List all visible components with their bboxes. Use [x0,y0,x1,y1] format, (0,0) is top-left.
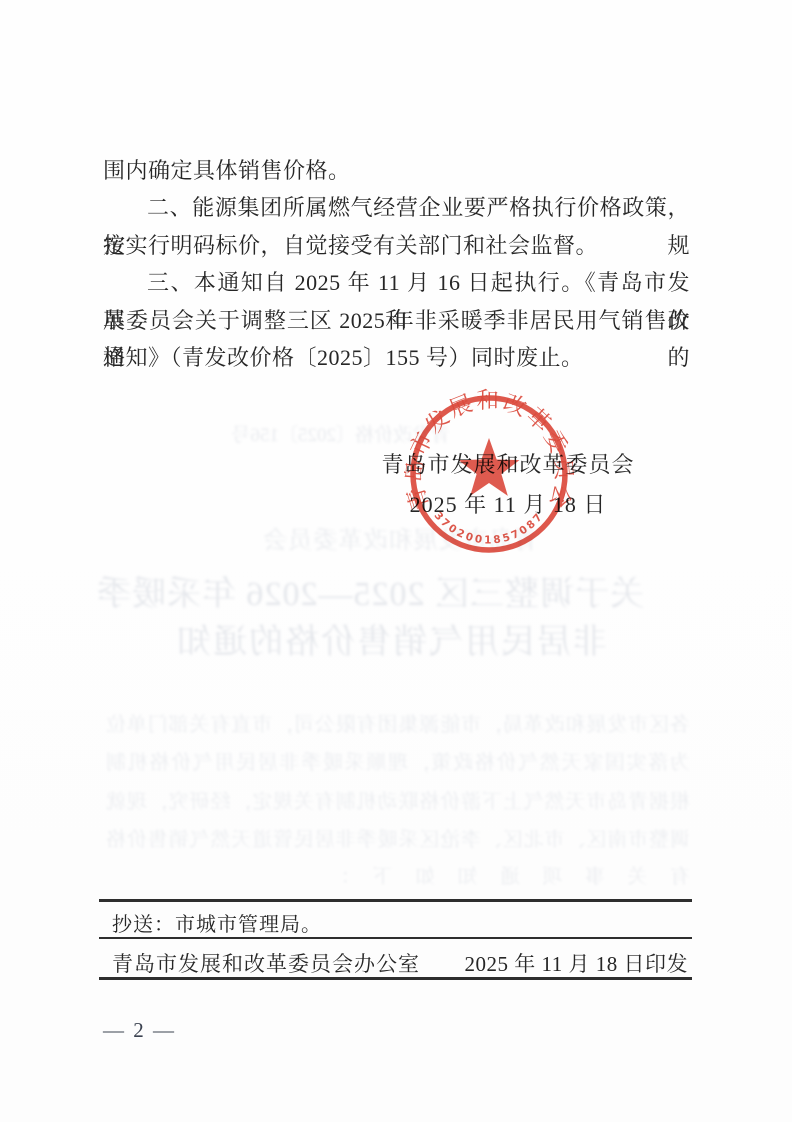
footer-rule-middle [99,937,692,939]
bleedthrough-doc-number: 青发改价格〔2025〕156号 [250,420,450,447]
bleedthrough-body-line: 根据青岛市天然气上下游价格联动机制有关规定，经研究，现就 [106,785,690,814]
bleedthrough-header: 青岛市发展和改革委员会 [255,520,545,555]
body-line: 革委员会关于调整三区 2025 年非采暖季非居民用气销售价格的 [103,302,690,339]
footer-rule-top [99,899,692,902]
signature-block: 青岛市发展和改革委员会 2025 年 11 月 18 日 [318,450,698,520]
footer-rule-bottom [99,977,692,980]
body-line: 围内确定具体销售价格。 [103,152,690,189]
notice-body: 围内确定具体销售价格。 二、能源集团所属燃气经营企业要严格执行价格政策，按规 定… [103,152,690,376]
body-line: 二、能源集团所属燃气经营企业要严格执行价格政策，按规 [103,189,690,226]
footer-copy-to: 抄送：市城市管理局。 [112,908,322,937]
page-number: — 2 — [103,1018,176,1043]
bleedthrough-body-line: 调整市南区、市北区、李沧区采暖季非居民管道天然气销售价格 [106,823,690,852]
bleedthrough-title-line: 非居民用气销售价格的通知 [183,614,607,663]
footer-issue-line: 青岛市发展和改革委员会办公室 2025 年 11 月 18 日印发 [112,948,688,978]
bleedthrough-body-line: 有关事项通知如下： [330,860,690,889]
document-page: 围内确定具体销售价格。 二、能源集团所属燃气经营企业要严格执行价格政策，按规 定… [0,0,792,1122]
footer-print-date: 2025 年 11 月 18 日印发 [465,948,688,978]
body-line: 三、本通知自 2025 年 11 月 16 日起执行。《青岛市发展和改 [103,264,690,301]
bleedthrough-body-line: 各区市发展和改革局，市能源集团有限公司，市直有关部门单位 [106,708,690,737]
signature-date: 2025 年 11 月 18 日 [318,490,698,520]
bleedthrough-title-line: 关于调整三区 2025—2026 年采暖季 [148,566,644,615]
bleedthrough-body-line: 为落实国家天然气价格政策，理顺采暖季非居民用气价格机制 [106,746,690,775]
signature-org: 青岛市发展和改革委员会 [318,450,698,480]
footer-issuer: 青岛市发展和改革委员会办公室 [112,948,420,978]
